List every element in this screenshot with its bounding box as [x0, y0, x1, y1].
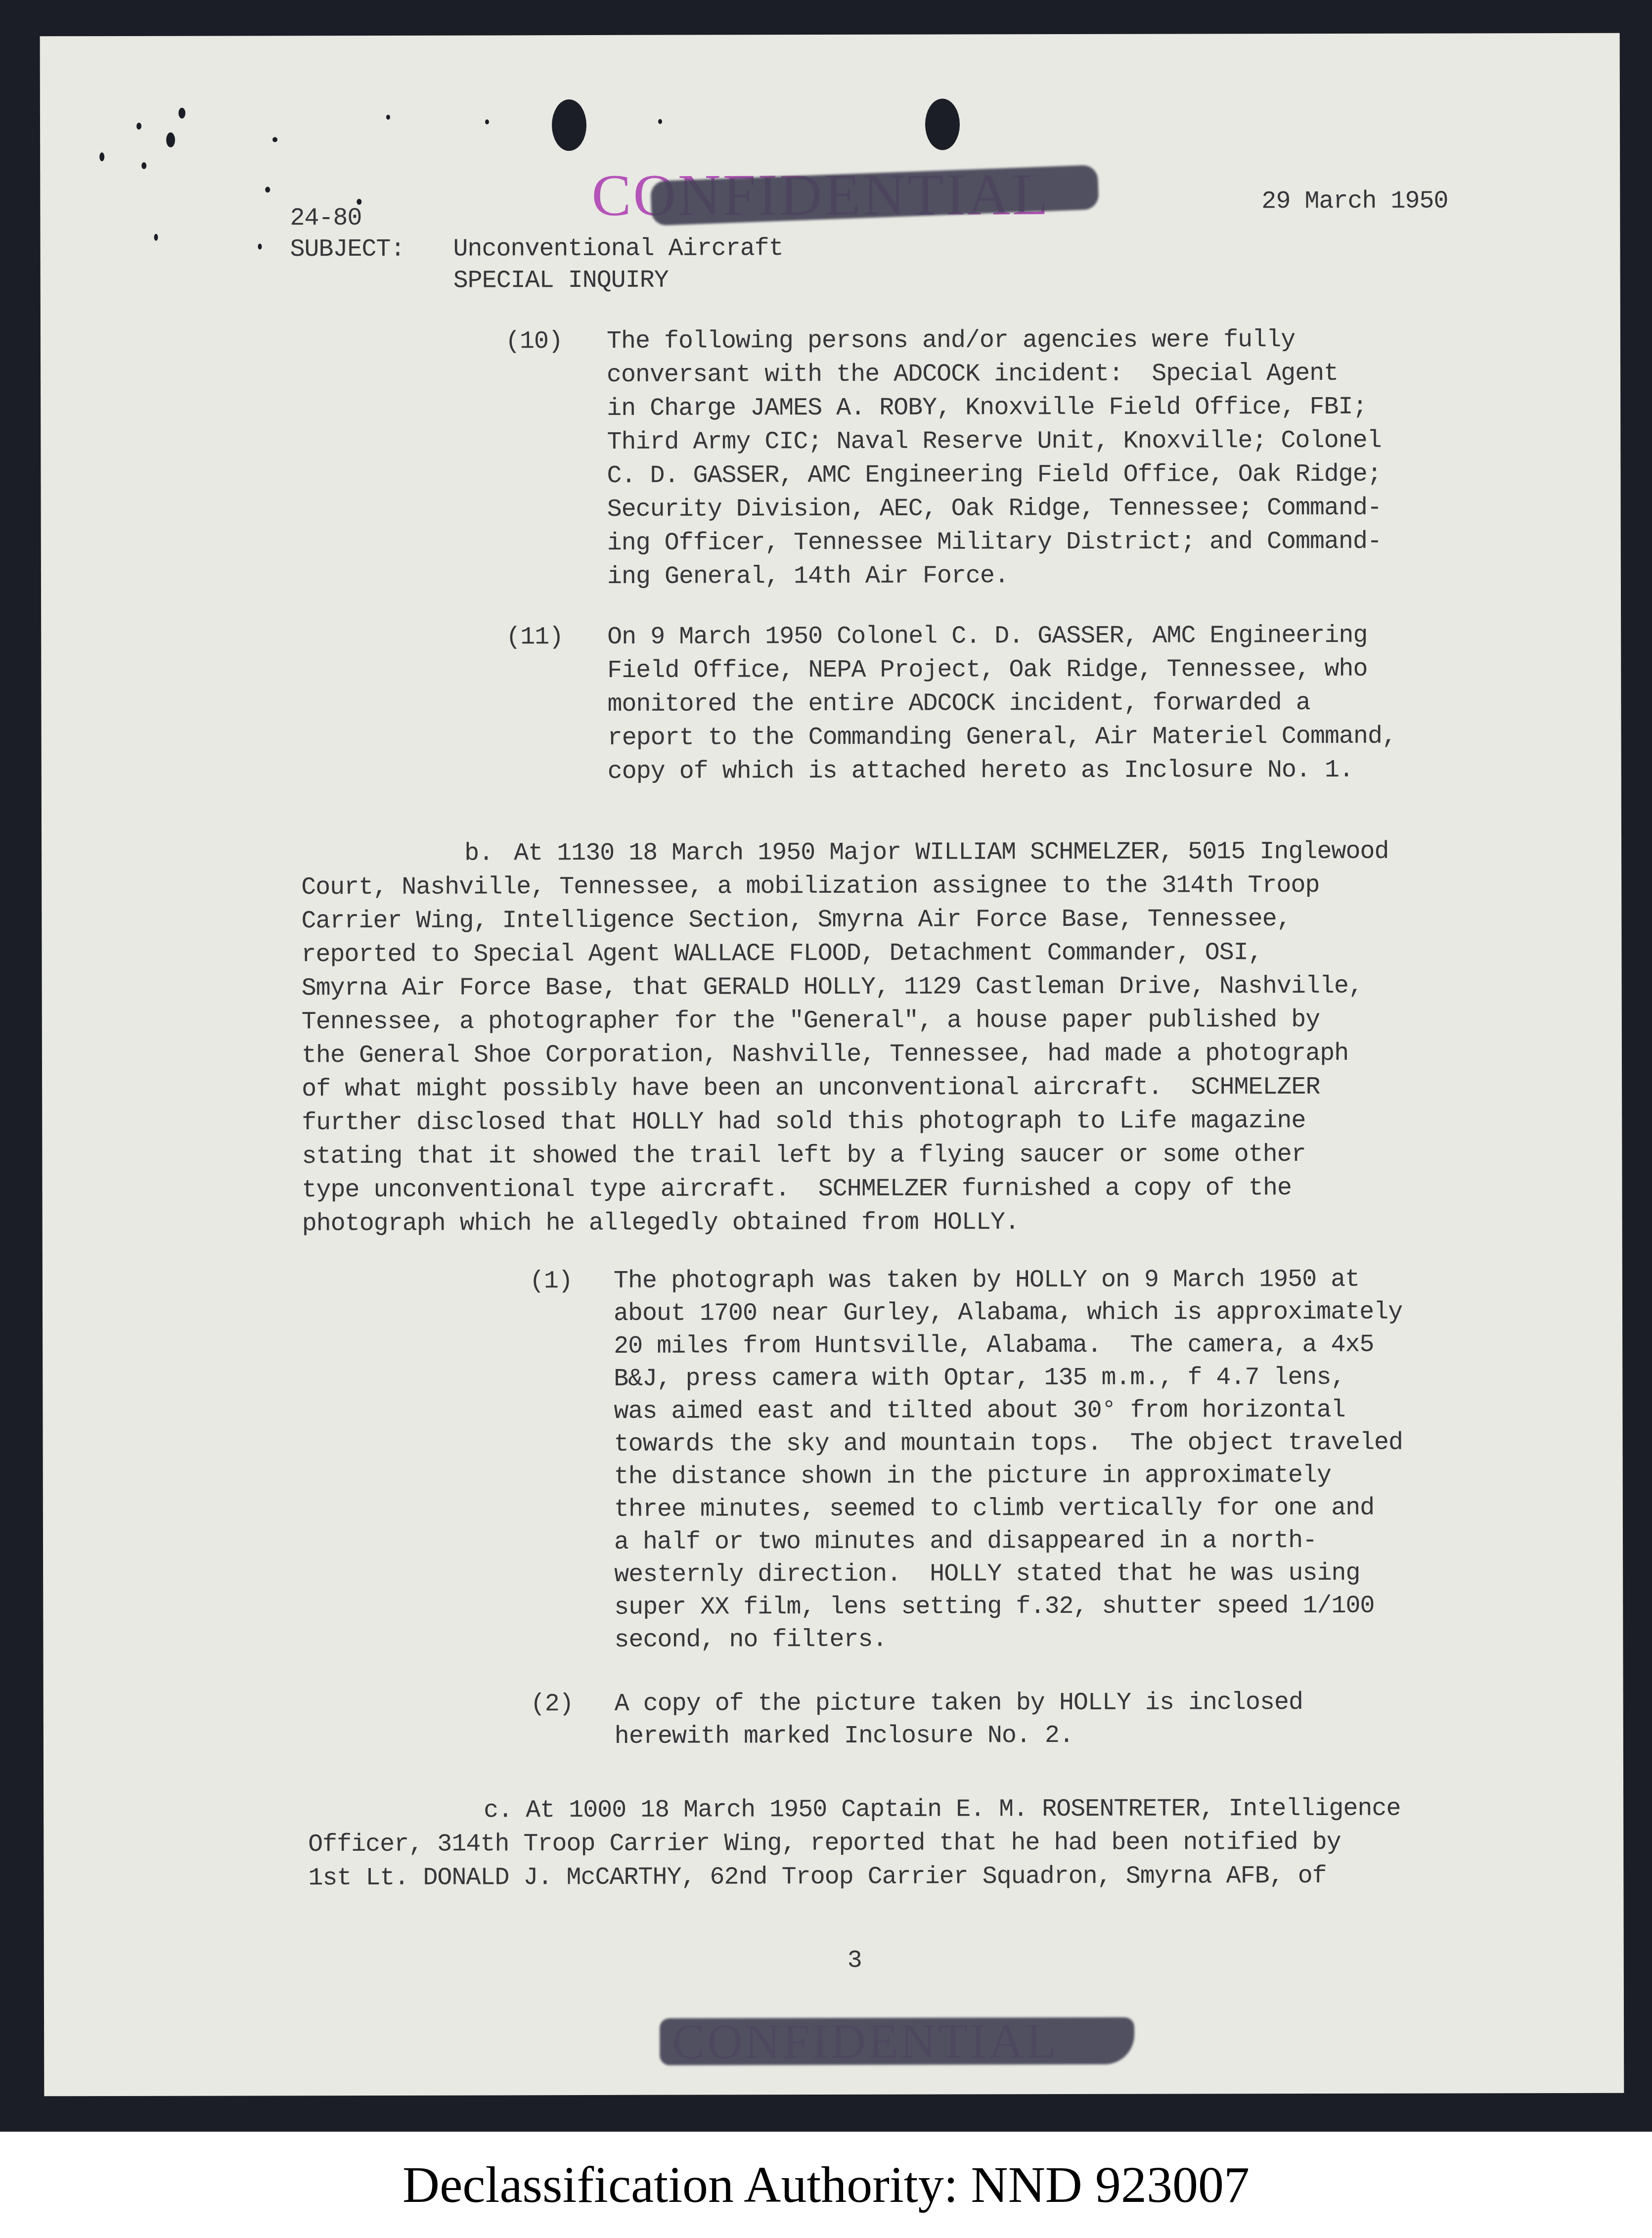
- paragraph-11-marker: (11): [506, 620, 563, 654]
- paragraph-line: about 1700 near Gurley, Alabama, which i…: [614, 1295, 1402, 1331]
- paragraph-line: On 9 March 1950 Colonel C. D. GASSER, AM…: [607, 619, 1367, 654]
- page-number: 3: [848, 1944, 862, 1978]
- speck: [141, 162, 146, 169]
- paragraph-line: Officer, 314th Troop Carrier Wing, repor…: [308, 1826, 1340, 1862]
- paragraph-b2-marker: (2): [531, 1687, 574, 1721]
- paragraph-line: Smyrna Air Force Base, that GERALD HOLLY…: [302, 969, 1363, 1005]
- paragraph-line: in Charge JAMES A. ROBY, Knoxville Field…: [607, 390, 1367, 426]
- punch-hole-left: [552, 99, 586, 151]
- speck: [99, 152, 104, 161]
- paragraph-line: reported to Special Agent WALLACE FLOOD,…: [301, 936, 1262, 972]
- document-date: 29 March 1950: [1261, 184, 1448, 219]
- paragraph-line: monitored the entire ADCOCK incident, fo…: [607, 686, 1310, 722]
- speck: [658, 119, 662, 124]
- paragraph-line: The photograph was taken by HOLLY on 9 M…: [614, 1263, 1359, 1298]
- declassification-footer: Declassification Authority: NND 923007: [0, 2132, 1652, 2238]
- paragraph-line: 1st Lt. DONALD J. McCARTHY, 62nd Troop C…: [308, 1859, 1326, 1895]
- paragraph-line: A copy of the picture taken by HOLLY is …: [615, 1686, 1303, 1721]
- paragraph-line: further disclosed that HOLLY had sold th…: [302, 1104, 1305, 1140]
- speck: [386, 115, 390, 120]
- paragraph-line: conversant with the ADCOCK incident: Spe…: [607, 357, 1338, 392]
- speck: [272, 137, 277, 142]
- punch-hole-right: [925, 98, 960, 150]
- paragraph-line: of what might possibly have been an unco…: [302, 1070, 1320, 1106]
- paragraph-line: second, no filters.: [614, 1623, 887, 1657]
- paragraph-line: westernly direction. HOLLY stated that h…: [614, 1556, 1360, 1592]
- paragraph-line: was aimed east and tilted about 30° from…: [614, 1393, 1345, 1429]
- paragraph-line: C. D. GASSER, AMC Engineering Field Offi…: [607, 457, 1381, 493]
- speck: [154, 234, 158, 241]
- paragraph-line: copy of which is attached hereto as Incl…: [608, 753, 1353, 789]
- speck: [179, 108, 185, 119]
- paragraph-line: At 1000 18 March 1950 Captain E. M. ROSE…: [526, 1792, 1400, 1828]
- document-page: CONFIDENTIAL 24-80 29 March 1950 SUBJECT…: [40, 33, 1624, 2097]
- paragraph-line: three minutes, seemed to climb verticall…: [614, 1491, 1374, 1527]
- paragraph-line: 20 miles from Huntsville, Alabama. The c…: [614, 1328, 1374, 1364]
- paragraph-line: ing General, 14th Air Force.: [607, 559, 1009, 594]
- declassification-authority: Declassification Authority: NND 923007: [402, 2155, 1250, 2214]
- paragraph-line: herewith marked Inclosure No. 2.: [615, 1719, 1073, 1754]
- file-number: 24-80: [290, 201, 361, 235]
- paragraph-line: Field Office, NEPA Project, Oak Ridge, T…: [607, 652, 1367, 688]
- paragraph-line: Security Division, AEC, Oak Ridge, Tenne…: [607, 491, 1382, 527]
- paragraph-line: type unconventional type aircraft. SCHME…: [302, 1171, 1291, 1207]
- paragraph-line: Tennessee, a photographer for the "Gener…: [302, 1003, 1320, 1039]
- paragraph-line: super XX film, lens setting f.32, shutte…: [614, 1589, 1374, 1625]
- speck: [258, 243, 262, 249]
- paragraph-line: Carrier Wing, Intelligence Section, Smyr…: [301, 902, 1291, 938]
- paragraph-line: the General Shoe Corporation, Nashville,…: [302, 1037, 1348, 1073]
- speck: [485, 119, 489, 124]
- speck: [166, 133, 175, 147]
- paragraph-line: the distance shown in the picture in app…: [614, 1459, 1331, 1494]
- paragraph-line: Court, Nashville, Tennessee, a mobilizat…: [301, 868, 1319, 905]
- paragraph-line: The following persons and/or agencies we…: [607, 323, 1295, 359]
- paragraph-line: towards the sky and mountain tops. The o…: [614, 1426, 1403, 1462]
- paragraph-line: report to the Commanding General, Air Ma…: [608, 720, 1396, 755]
- paragraph-line: At 1130 18 March 1950 Major WILLIAM SCHM…: [514, 835, 1388, 871]
- paragraph-10-marker: (10): [505, 324, 563, 359]
- redaction-mark-bottom: [660, 2017, 1134, 2065]
- paragraph-line: a half or two minutes and disappeared in…: [614, 1524, 1317, 1559]
- paragraph-c-marker: c.: [484, 1793, 512, 1827]
- paragraph-line: ing Officer, Tennessee Military District…: [607, 525, 1382, 560]
- paragraph-line: stating that it showed the trail left by…: [302, 1138, 1305, 1174]
- subject-label: SUBJECT:: [290, 232, 404, 267]
- speck: [136, 123, 141, 130]
- speck: [265, 186, 270, 192]
- subject-line-2: SPECIAL INQUIRY: [453, 264, 669, 298]
- paragraph-line: Third Army CIC; Naval Reserve Unit, Knox…: [607, 424, 1381, 459]
- paragraph-b-marker: b.: [464, 836, 493, 870]
- subject-line-1: Unconventional Aircraft: [453, 231, 783, 266]
- paragraph-line: B&J, press camera with Optar, 135 m.m., …: [614, 1361, 1345, 1396]
- paragraph-line: photograph which he allegedly obtained f…: [302, 1205, 1019, 1241]
- paragraph-b1-marker: (1): [530, 1264, 573, 1298]
